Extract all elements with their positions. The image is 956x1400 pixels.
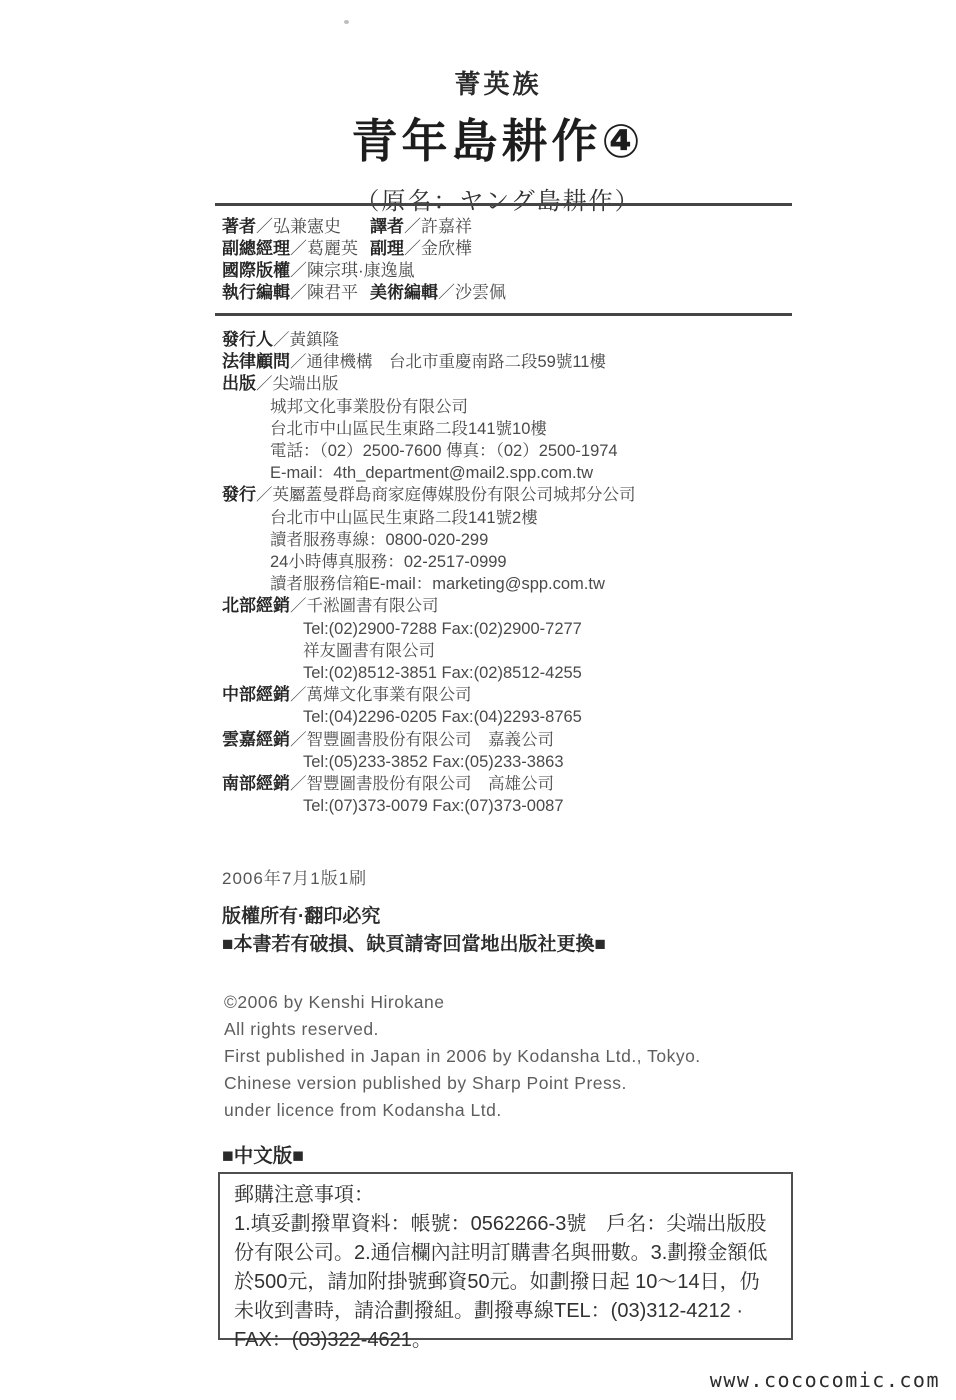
colophon-page: 菁英族 青年島耕作④ （原名：ヤング島耕作） 著者／弘兼憲史譯者／許嘉祥 副總經… [0,0,956,1400]
license-line: First published in Japan in 2006 by Koda… [224,1043,701,1070]
credit-role-label: 著者 [222,217,256,236]
license-line: Chinese version published by Sharp Point… [224,1070,701,1097]
publication-role-label: 北部經銷 [222,596,290,615]
book-title: 青年島耕作④ [40,105,956,171]
publication-text: 祥友圖書有限公司 [303,642,435,660]
mail-order-body: 1.填妥劃撥單資料：帳號：0562266-3號 戶名：尖端出版股份有限公司。2.… [234,1210,778,1355]
publication-line: 雲嘉經銷／智豐圖書股份有限公司 嘉義公司 [222,729,862,751]
publication-info: 發行人／黃鎮隆 法律顧問／通律機構 台北市重慶南路二段59號11樓 出版／尖端出… [222,329,862,817]
credit-name: ／許嘉祥 [404,217,472,236]
chinese-edition-heading: ■中文版■ [222,1140,304,1168]
publication-line: Tel:(05)233-3852 Fax:(05)233-3863 [222,751,862,773]
publication-text: 24小時傳真服務：02-2517-0999 [270,553,507,571]
credits-pair: 美術編輯／沙雲佩 [370,283,506,302]
publication-line: 讀者服務專線：0800-020-299 [222,529,862,551]
publication-role-label: 發行人 [222,330,273,349]
credit-role-label: 譯者 [370,217,404,236]
publication-text: Tel:(02)2900-7288 Fax:(02)2900-7277 [303,620,582,638]
publication-line: Tel:(07)373-0079 Fax:(07)373-0087 [222,795,862,817]
publication-text: ／智豐圖書股份有限公司 嘉義公司 [290,731,554,749]
credit-name: ／陳君平 [290,283,358,302]
book-header: 菁英族 青年島耕作④ （原名：ヤング島耕作） [40,64,956,216]
publication-text: 台北市中山區民生東路二段141號2樓 [270,509,538,527]
publication-text: ／智豐圖書股份有限公司 高雄公司 [290,775,554,793]
publication-text: 讀者服務專線：0800-020-299 [270,531,488,549]
publication-line: 出版／尖端出版 [222,373,862,395]
publication-role-label: 中部經銷 [222,685,290,704]
publication-line: 讀者服務信箱E-mail：marketing@spp.com.tw [222,573,862,595]
publication-text: Tel:(05)233-3852 Fax:(05)233-3863 [303,753,564,771]
credit-role-label: 國際版權 [222,261,290,280]
publication-line: Tel:(04)2296-0205 Fax:(04)2293-8765 [222,706,862,728]
credit-name: ／金欣樺 [404,239,472,258]
credits-row: 國際版權／陳宗琪·康逸嵐 [222,260,792,282]
publication-text: 讀者服務信箱E-mail：marketing@spp.com.tw [270,575,605,593]
publication-text: ／黃鎮隆 [273,331,339,349]
credit-name: ／陳宗琪·康逸嵐 [290,261,415,280]
publication-line: 中部經銷／萬燁文化事業有限公司 [222,684,862,706]
publication-text: ／尖端出版 [256,375,339,393]
publication-text: 城邦文化事業股份有限公司 [270,398,468,416]
license-block: ©2006 by Kenshi Hirokane All rights rese… [224,989,701,1124]
watermark-url: www.cococomic.com [710,1368,940,1392]
publication-text: 電話：（02）2500-7600 傳真：（02）2500-1974 [270,442,618,460]
publication-role-label: 出版 [222,374,256,393]
publication-line: 發行／英屬蓋曼群島商家庭傳媒股份有限公司城邦分公司 [222,484,862,506]
publication-text: ／萬燁文化事業有限公司 [290,686,472,704]
credit-name: ／沙雲佩 [438,283,506,302]
publication-line: Tel:(02)2900-7288 Fax:(02)2900-7277 [222,618,862,640]
publication-line: 法律顧問／通律機構 台北市重慶南路二段59號11樓 [222,351,862,373]
staff-credits: 著者／弘兼憲史譯者／許嘉祥 副總經理／葛麗英副理／金欣樺 國際版權／陳宗琪·康逸… [215,203,792,316]
credits-row: 執行編輯／陳君平美術編輯／沙雲佩 [222,282,792,304]
copyright-notice: 版權所有·翻印必究 ■本書若有破損、缺頁請寄回當地出版社更換■ [222,903,606,959]
publication-text: 台北市中山區民生東路二段141號10樓 [270,420,547,438]
credits-row: 副總經理／葛麗英副理／金欣樺 [222,238,792,260]
credit-role-label: 副總經理 [222,239,290,258]
publication-text: Tel:(04)2296-0205 Fax:(04)2293-8765 [303,708,582,726]
credit-name: ／葛麗英 [290,239,358,258]
credit-role-label: 美術編輯 [370,283,438,302]
credits-pair: 執行編輯／陳君平 [222,282,370,304]
license-line: ©2006 by Kenshi Hirokane [224,989,701,1016]
credits-pair: 國際版權／陳宗琪·康逸嵐 [222,260,415,282]
credit-role-label: 執行編輯 [222,283,290,302]
mail-order-heading: 郵購注意事項： [234,1181,778,1210]
publication-line: 南部經銷／智豐圖書股份有限公司 高雄公司 [222,773,862,795]
publication-line: 台北市中山區民生東路二段141號2樓 [222,507,862,529]
damaged-copy-notice: ■本書若有破損、缺頁請寄回當地出版社更換■ [222,931,606,959]
series-label: 菁英族 [40,64,956,101]
publication-text: Tel:(07)373-0079 Fax:(07)373-0087 [303,797,564,815]
publication-role-label: 法律顧問 [222,352,290,371]
publication-role-label: 發行 [222,485,256,504]
publication-line: 台北市中山區民生東路二段141號10樓 [222,418,862,440]
credits-row: 著者／弘兼憲史譯者／許嘉祥 [222,216,792,238]
publication-line: 電話：（02）2500-7600 傳真：（02）2500-1974 [222,440,862,462]
publication-line: 祥友圖書有限公司 [222,640,862,662]
mail-order-box: 郵購注意事項： 1.填妥劃撥單資料：帳號：0562266-3號 戶名：尖端出版股… [218,1172,793,1340]
publication-role-label: 雲嘉經銷 [222,730,290,749]
publication-text: ／千淞圖書有限公司 [290,597,439,615]
publication-line: 24小時傳真服務：02-2517-0999 [222,551,862,573]
scan-speck [344,20,349,24]
copyright-reserved-line: 版權所有·翻印必究 [222,903,606,931]
publication-text: E-mail：4th_department@mail2.spp.com.tw [270,464,593,482]
publication-line: Tel:(02)8512-3851 Fax:(02)8512-4255 [222,662,862,684]
license-line: under licence from Kodansha Ltd. [224,1097,701,1124]
publication-line: 發行人／黃鎮隆 [222,329,862,351]
publication-role-label: 南部經銷 [222,774,290,793]
publication-line: E-mail：4th_department@mail2.spp.com.tw [222,462,862,484]
publication-line: 北部經銷／千淞圖書有限公司 [222,595,862,617]
edition-printing-line: 2006年7月1版1刷 [222,864,367,889]
credits-pair: 著者／弘兼憲史 [222,216,370,238]
license-line: All rights reserved. [224,1016,701,1043]
credits-pair: 副總經理／葛麗英 [222,238,370,260]
publication-line: 城邦文化事業股份有限公司 [222,396,862,418]
publication-text: ／通律機構 台北市重慶南路二段59號11樓 [290,353,606,371]
credits-pair: 副理／金欣樺 [370,239,472,258]
publication-text: ／英屬蓋曼群島商家庭傳媒股份有限公司城邦分公司 [256,486,636,504]
credit-role-label: 副理 [370,239,404,258]
publication-text: Tel:(02)8512-3851 Fax:(02)8512-4255 [303,664,582,682]
credits-pair: 譯者／許嘉祥 [370,217,472,236]
credit-name: ／弘兼憲史 [256,217,341,236]
